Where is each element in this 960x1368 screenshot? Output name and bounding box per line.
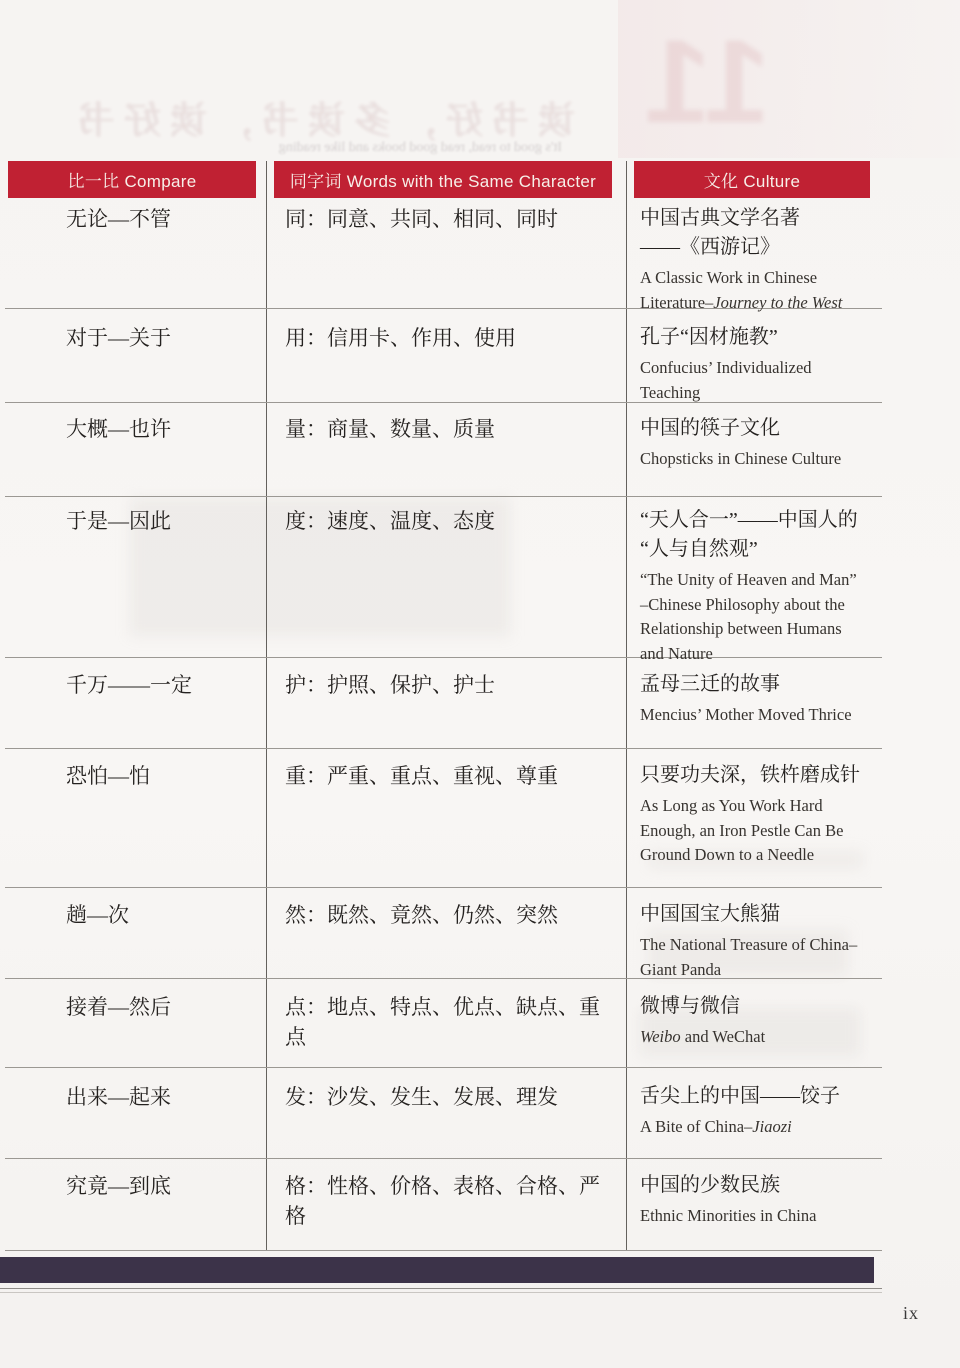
culture-zh: 孔子“因材施教” [640,323,882,352]
compare-cell: 出来—起来 [8,1067,258,1112]
culture-en: “The Unity of Heaven and Man” –Chinese P… [640,568,882,666]
compare-cell: 趟—次 [8,887,258,930]
footer-rule [0,1288,882,1289]
culture-cell: 中国的少数民族 Ethnic Minorities in China [627,1158,882,1229]
culture-en: Chopsticks in Chinese Culture [640,447,882,472]
culture-en: A Bite of China–Jiaozi [640,1115,882,1140]
words-cell: 量：商量、数量、质量 [267,402,619,444]
footer-accent-bar [0,1257,874,1283]
culture-zh: 中国的筷子文化 [640,414,882,443]
page-number: ix [903,1303,919,1324]
table-row: 于是—因此 度：速度、温度、态度 “天人合一”——中国人的 “人与自然观” “T… [0,496,960,657]
culture-zh: “天人合一”——中国人的 “人与自然观” [640,506,882,564]
table-row: 无论—不管 同：同意、共同、相同、同时 中国古典文学名著 ——《西游记》 A C… [0,198,960,308]
culture-en: Mencius’ Mother Moved Thrice [640,703,882,728]
compare-cell: 接着—然后 [8,978,258,1022]
words-cell: 用：信用卡、作用、使用 [267,308,619,353]
culture-zh: 中国古典文学名著 ——《西游记》 [640,204,882,262]
words-cell: 同：同意、共同、相同、同时 [267,198,619,234]
words-cell: 格：性格、价格、表格、合格、严格 [267,1158,619,1231]
words-cell: 度：速度、温度、态度 [267,496,619,536]
culture-zh: 中国国宝大熊猫 [640,900,882,929]
culture-cell: 中国古典文学名著 ——《西游记》 A Classic Work in Chine… [627,198,882,315]
culture-en: Ethnic Minorities in China [640,1204,882,1229]
words-cell: 然：既然、竟然、仍然、突然 [267,887,619,930]
table-row: 大概—也许 量：商量、数量、质量 中国的筷子文化 Chopsticks in C… [0,402,960,496]
culture-cell: 只要功夫深，铁杵磨成针 As Long as You Work Hard Eno… [627,748,882,868]
culture-zh: 舌尖上的中国——饺子 [640,1082,882,1111]
words-cell: 发：沙发、发生、发展、理发 [267,1067,619,1112]
column-header-words: 同字词 Words with the Same Character [274,161,612,198]
compare-cell: 对于—关于 [8,308,258,353]
compare-cell: 恐怕—怕 [8,748,258,791]
table-row: 接着—然后 点：地点、特点、优点、缺点、重点 微博与微信 Weibo and W… [0,978,960,1067]
culture-cell: 中国国宝大熊猫 The National Treasure of China– … [627,887,882,982]
culture-zh: 只要功夫深，铁杵磨成针 [640,761,882,790]
culture-cell: 孟母三迁的故事 Mencius’ Mother Moved Thrice [627,657,882,728]
compare-cell: 千万——一定 [8,657,258,700]
table-row: 千万——一定 护：护照、保护、护士 孟母三迁的故事 Mencius’ Mothe… [0,657,960,748]
culture-zh: 中国的少数民族 [640,1171,882,1200]
words-cell: 重：严重、重点、重视、尊重 [267,748,619,791]
column-header-compare: 比一比 Compare [8,161,256,198]
culture-cell: 孔子“因材施教” Confucius’ Individualized Teach… [627,308,882,405]
ghost-pink-strip [618,0,960,158]
ghost-subtitle-text: It's good to read, read good books and l… [82,140,562,156]
footer-rule [0,1292,882,1293]
culture-zh: 微博与微信 [640,992,882,1021]
table-row: 对于—关于 用：信用卡、作用、使用 孔子“因材施教” Confucius’ In… [0,308,960,402]
compare-cell: 究竟—到底 [8,1158,258,1201]
culture-en: Weibo and WeChat [640,1025,882,1050]
compare-cell: 大概—也许 [8,402,258,444]
culture-cell: “天人合一”——中国人的 “人与自然观” “The Unity of Heave… [627,496,882,666]
compare-cell: 无论—不管 [8,198,258,234]
words-cell: 护：护照、保护、护士 [267,657,619,700]
culture-en: Confucius’ Individualized Teaching [640,356,882,405]
culture-cell: 微博与微信 Weibo and WeChat [627,978,882,1050]
column-header-culture: 文化 Culture [634,161,870,198]
culture-cell: 中国的筷子文化 Chopsticks in Chinese Culture [627,402,882,472]
scanned-page: 11 读书好，多读书，读好书 It's good to read, read g… [0,0,960,1368]
compare-cell: 于是—因此 [8,496,258,536]
culture-cell: 舌尖上的中国——饺子 A Bite of China–Jiaozi [627,1067,882,1140]
table-row: 趟—次 然：既然、竟然、仍然、突然 中国国宝大熊猫 The National T… [0,887,960,978]
culture-en: The National Treasure of China– Giant Pa… [640,933,882,982]
culture-en: As Long as You Work Hard Enough, an Iron… [640,794,882,868]
ghost-title-text: 读书好，多读书，读好书 [95,90,575,144]
table-bottom-line [5,1250,882,1251]
table-row: 出来—起来 发：沙发、发生、发展、理发 舌尖上的中国——饺子 A Bite of… [0,1067,960,1158]
table-row: 恐怕—怕 重：严重、重点、重视、尊重 只要功夫深，铁杵磨成针 As Long a… [0,748,960,887]
culture-zh: 孟母三迁的故事 [640,670,882,699]
words-cell: 点：地点、特点、优点、缺点、重点 [267,978,619,1052]
table-row: 究竟—到底 格：性格、价格、表格、合格、严格 中国的少数民族 Ethnic Mi… [0,1158,960,1250]
